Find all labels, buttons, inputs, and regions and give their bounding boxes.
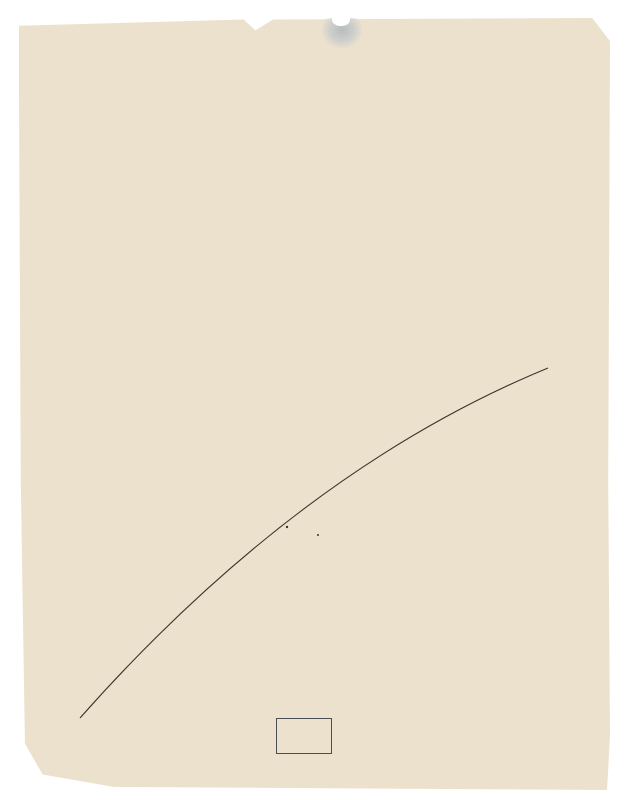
sng-stamp [276, 718, 332, 754]
paper-sheet [19, 18, 610, 790]
paper-tear [332, 14, 350, 26]
